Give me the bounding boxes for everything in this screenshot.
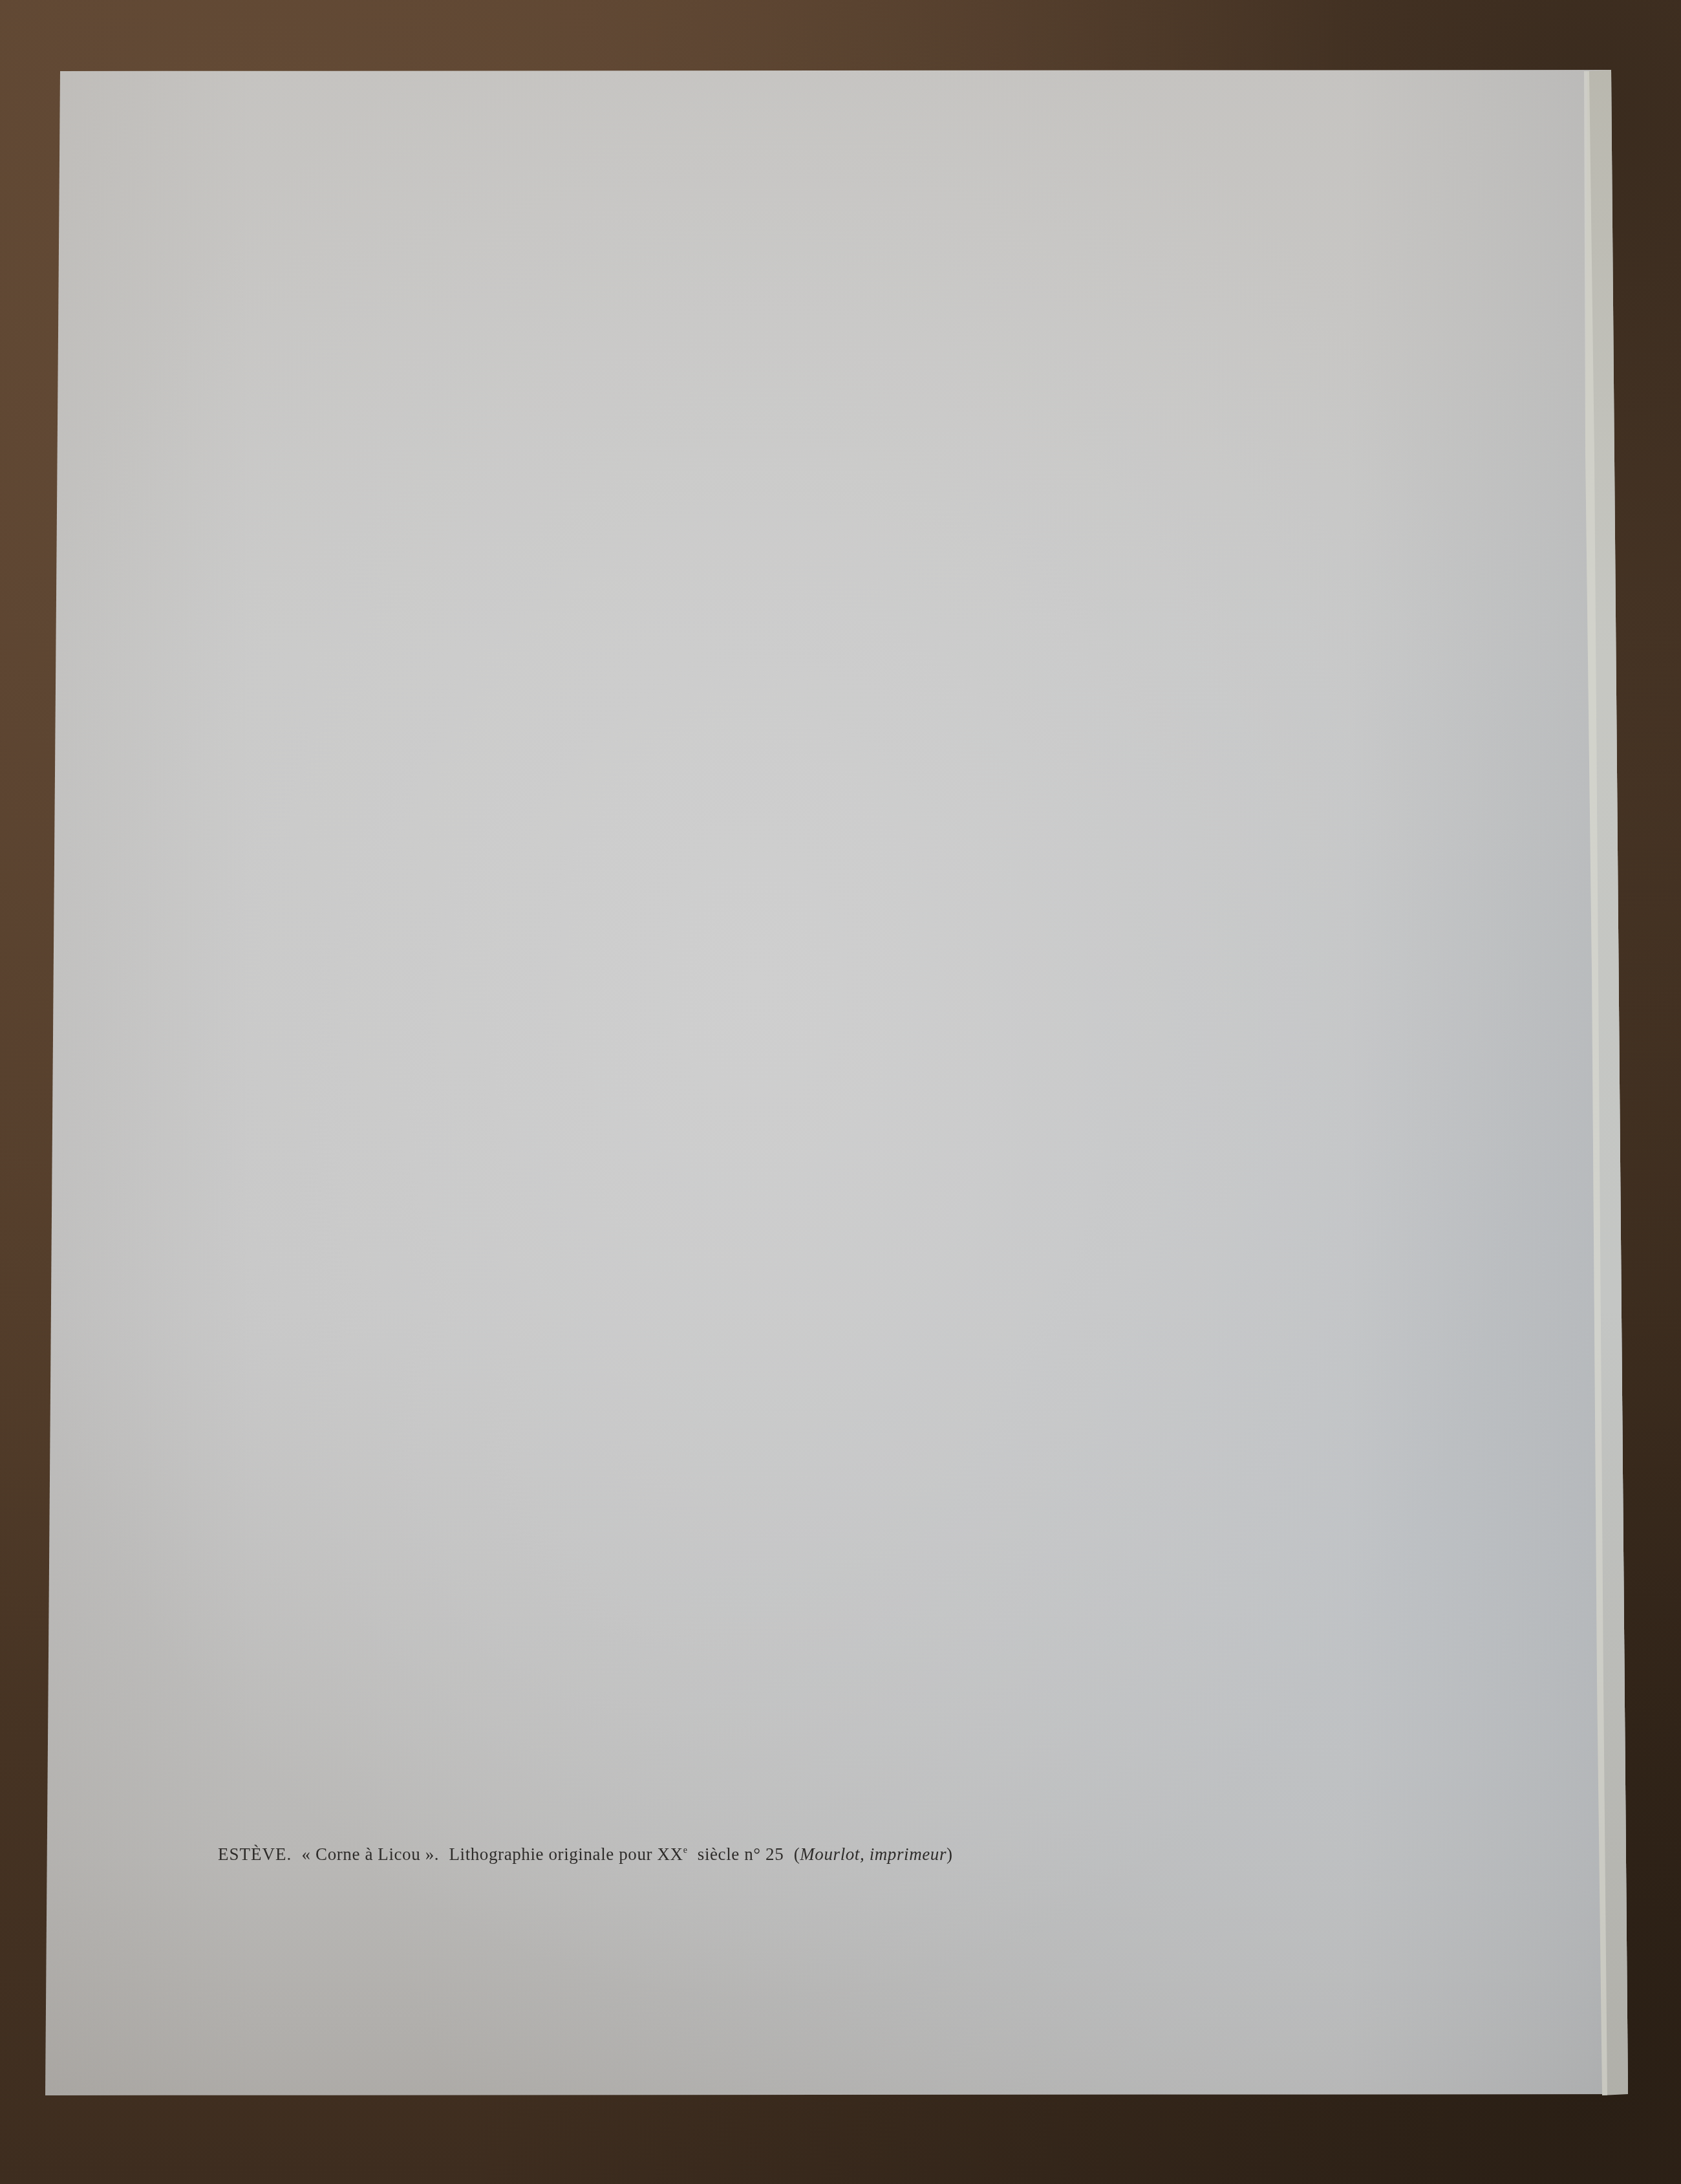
- caption-artist: ESTÈVE.: [218, 1844, 292, 1865]
- caption-printer: Mourlot, imprimeur: [800, 1844, 947, 1865]
- caption-title: « Corne à Licou ».: [302, 1844, 440, 1865]
- photo-scene: ESTÈVE. « Corne à Licou ». Lithographie …: [0, 0, 1681, 2184]
- caption-description: Lithographie originale pour XX: [449, 1844, 683, 1865]
- caption-superscript: e: [683, 1845, 688, 1855]
- caption-printer-open: (: [794, 1844, 800, 1865]
- print-caption: ESTÈVE. « Corne à Licou ». Lithographie …: [218, 1844, 953, 1865]
- caption-printer-close: ): [947, 1844, 953, 1865]
- caption-edition: siècle n° 25: [698, 1844, 784, 1865]
